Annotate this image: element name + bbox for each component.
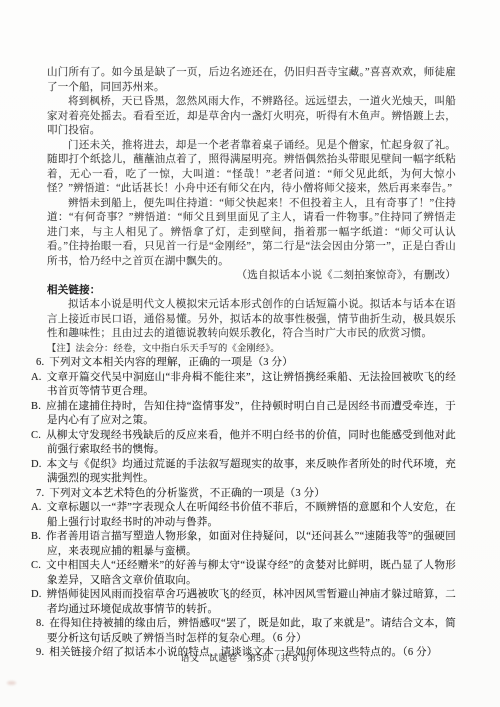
option-label: C. bbox=[31, 560, 41, 571]
option-text: 应捕在逮捕住持时，告知住持“盗情事发”，住持顿时明白自己是因经书而遭受牵连，于是… bbox=[46, 401, 456, 427]
option-label: C. bbox=[31, 430, 41, 441]
option-row: C.从柳太守发现经书残缺后的反应来看，他并不明白经书的价值，同时也能感受到他对此… bbox=[47, 429, 456, 458]
scan-artifact bbox=[7, 681, 16, 685]
questions-section: 6.下列对文本相关内容的理解，正确的一项是（3 分） A.文章开篇交代吴中洞庭山… bbox=[47, 356, 456, 661]
question-stem: 下列对文本相关内容的理解，正确的一项是（3 分） bbox=[49, 357, 293, 368]
option-label: B. bbox=[31, 401, 41, 412]
option-label: B. bbox=[31, 531, 41, 542]
page-footer: 语文 试题卷 第5页（共 8 页） bbox=[0, 651, 500, 664]
excerpt-paragraph: 山门所有了。如今虽是缺了一页，后边名迹还在，仍旧归吾寺宝藏。”喜喜欢欢，师徒雇了… bbox=[47, 66, 456, 95]
option-row: B.作者善用语言描写塑造人物形象，如面对住持疑问，以“还问甚么”“速随我等”的强… bbox=[47, 530, 456, 559]
option-row: A.文章开篇交代吴中洞庭山“非舟楫不能往来”，这让辨悟携经乘船、无法捡回被吹飞的… bbox=[47, 371, 456, 400]
related-links-paragraph: 拟话本小说是明代文人模拟宋元话本形式创作的白话短篇小说。拟话本与话本在语言上接近… bbox=[47, 298, 456, 342]
option-row: B.应捕在逮捕住持时，告知住持“盗情事发”，住持顿时明白自己是因经书而遭受牵连，… bbox=[47, 400, 456, 429]
option-text: 文中相国夫人“还经赠米”的好善与柳太守“设谋夺经”的贪婪对比鲜明，既凸显了人物形… bbox=[46, 560, 456, 586]
excerpt-paragraph: 将到枫桥，天已昏黑，忽然风雨大作，不辨路径。远远望去，一道火光烛天，叫船家对着亮… bbox=[47, 95, 456, 139]
question-stem-row: 7.下列对文本艺术特色的分析鉴赏，不正确的一项是（3 分） bbox=[47, 487, 456, 502]
question-stem-row: 8.在得知住持被捕的缘由后，辨悟感叹“罢了，既是如此，取了来就是”。请结合文本，… bbox=[47, 617, 456, 646]
option-text: 辨悟师徒因风雨而投宿草舍巧遇被吹飞的经页，林冲因风雪暂避山神庙才躲过暗算，二者均… bbox=[47, 589, 456, 615]
question-6: 6.下列对文本相关内容的理解，正确的一项是（3 分） A.文章开篇交代吴中洞庭山… bbox=[47, 356, 456, 487]
option-label: A. bbox=[31, 372, 42, 383]
question-stem: 下列对文本艺术特色的分析鉴赏，不正确的一项是（3 分） bbox=[49, 488, 325, 499]
option-row: D.辨悟师徒因风雨而投宿草舍巧遇被吹飞的经页，林冲因风雪暂避山神庙才躲过暗算，二… bbox=[47, 588, 456, 617]
question-number: 6. bbox=[36, 357, 44, 368]
question-number: 8. bbox=[36, 618, 44, 629]
option-row: C.文中相国夫人“还经赠米”的好善与柳太守“设谋夺经”的贪婪对比鲜明，既凸显了人… bbox=[47, 559, 456, 588]
related-links-heading: 相关链接： bbox=[47, 284, 456, 299]
option-label: D. bbox=[31, 589, 42, 600]
excerpt-paragraph: 门还未关，推将进去，却是一个老者靠着桌子诵经。见是个僧家，忙起身叙了礼。随即打个… bbox=[47, 139, 456, 197]
exam-paper-page: 山门所有了。如今虽是缺了一页，后边名迹还在，仍旧归吾寺宝藏。”喜喜欢欢，师徒雇了… bbox=[0, 0, 500, 707]
excerpt-paragraph: 辨悟未到船上，便先叫住持道：“师父快起来！不但投着主人，且有奇事了！”住持道：“… bbox=[47, 197, 456, 270]
option-row: A.文章标题以一“莽”字表现众人在听闻经书价值不菲后，不顾辨悟的意愿和个人安危，… bbox=[47, 501, 456, 530]
footnote: 【注】法会分：经卷，文中指白乐天手写的《金刚经》。 bbox=[47, 342, 456, 357]
excerpt-attribution: （选自拟话本小说《二刻拍案惊奇》，有删改） bbox=[47, 269, 456, 284]
option-row: D.本文与《促织》均通过荒诞的手法叙写超现实的故事，来反映作者所处的时代环境，充… bbox=[47, 458, 456, 487]
question-number: 7. bbox=[36, 488, 44, 499]
related-links-section: 相关链接： 拟话本小说是明代文人模拟宋元话本形式创作的白话短篇小说。拟话本与话本… bbox=[47, 284, 456, 357]
question-stem-row: 6.下列对文本相关内容的理解，正确的一项是（3 分） bbox=[47, 356, 456, 371]
option-text: 作者善用语言描写塑造人物形象，如面对住持疑问，以“还问甚么”“速随我等”的强硬回… bbox=[46, 531, 456, 557]
option-text: 文章标题以一“莽”字表现众人在听闻经书价值不菲后，不顾辨悟的意愿和个人安危，在船… bbox=[47, 502, 456, 528]
option-label: A. bbox=[31, 502, 42, 513]
question-stem: 在得知住持被捕的缘由后，辨悟感叹“罢了，既是如此，取了来就是”。请结合文本，简要… bbox=[47, 618, 456, 644]
option-label: D. bbox=[31, 459, 42, 470]
question-7: 7.下列对文本艺术特色的分析鉴赏，不正确的一项是（3 分） A.文章标题以一“莽… bbox=[47, 487, 456, 618]
option-text: 本文与《促织》均通过荒诞的手法叙写超现实的故事，来反映作者所处的时代环境，充满强… bbox=[47, 459, 456, 485]
question-8: 8.在得知住持被捕的缘由后，辨悟感叹“罢了，既是如此，取了来就是”。请结合文本，… bbox=[47, 617, 456, 646]
option-text: 文章开篇交代吴中洞庭山“非舟楫不能往来”，这让辨悟携经乘船、无法捡回被吹飞的经书… bbox=[47, 372, 456, 398]
page-content: 山门所有了。如今虽是缺了一页，后边名迹还在，仍旧归吾寺宝藏。”喜喜欢欢，师徒雇了… bbox=[47, 66, 456, 661]
novel-excerpt: 山门所有了。如今虽是缺了一页，后边名迹还在，仍旧归吾寺宝藏。”喜喜欢欢，师徒雇了… bbox=[47, 66, 456, 284]
option-text: 从柳太守发现经书残缺后的反应来看，他并不明白经书的价值，同时也能感受到他对此前强… bbox=[46, 430, 456, 456]
